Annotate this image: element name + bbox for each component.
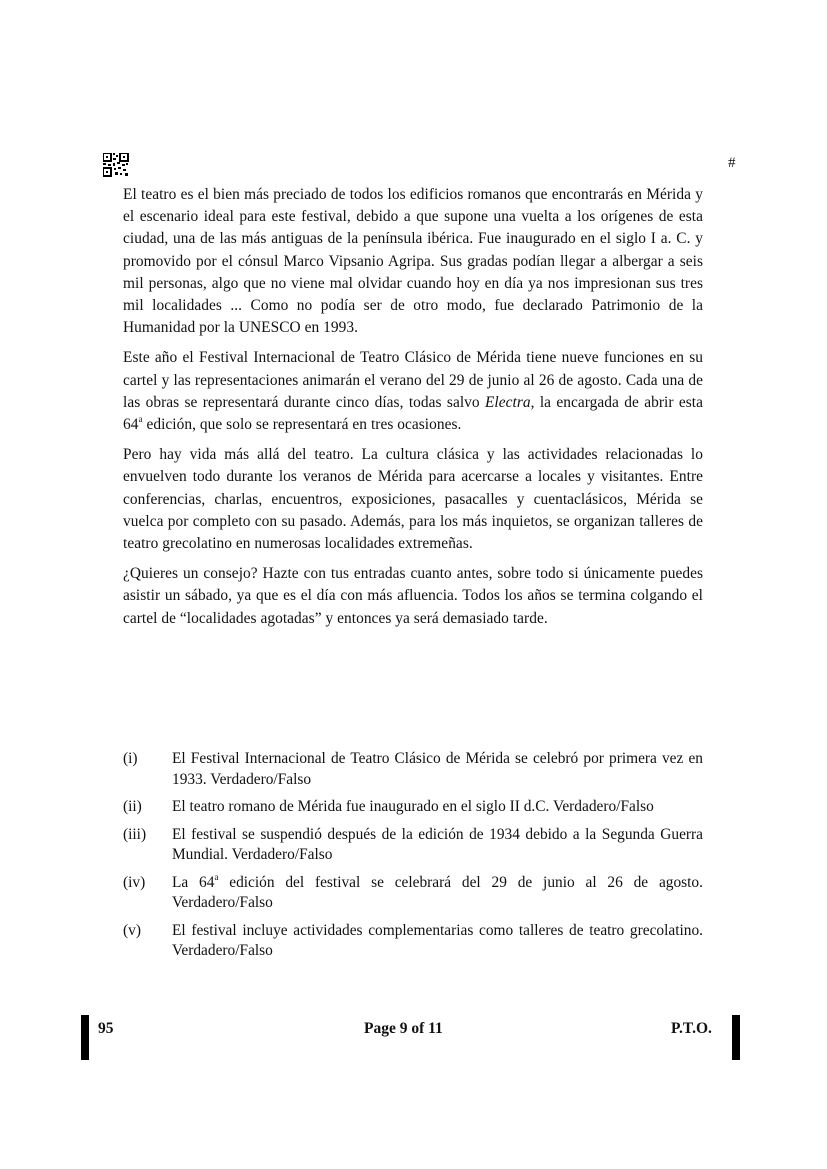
qr-code-icon	[103, 153, 129, 177]
question-text: El Festival Internacional de Teatro Clás…	[172, 749, 703, 790]
passage-paragraph-2: Este año el Festival Internacional de Te…	[123, 347, 703, 436]
question-number: (iii)	[123, 825, 172, 866]
question-number: (ii)	[123, 797, 172, 818]
question-text: La 64a edición del festival se celebrará…	[172, 873, 703, 914]
passage-paragraph-1: El teatro es el bien más preciado de tod…	[123, 184, 703, 339]
question-text: El festival incluye actividades compleme…	[172, 921, 703, 962]
passage-paragraph-4: ¿Quieres un consejo? Hazte con tus entra…	[123, 563, 703, 630]
question-item: (i) El Festival Internacional de Teatro …	[123, 749, 703, 790]
passage-paragraph-3: Pero hay vida más allá del teatro. La cu…	[123, 444, 703, 555]
question-item: (iv) La 64a edición del festival se cele…	[123, 873, 703, 914]
true-false-questions: (i) El Festival Internacional de Teatro …	[123, 749, 703, 969]
paragraph-text: edición, que solo se representará en tre…	[143, 416, 462, 433]
question-text: El teatro romano de Mérida fue inaugurad…	[172, 797, 703, 818]
reading-passage: El teatro es el bien más preciado de tod…	[123, 184, 703, 638]
play-title-electra: Electra	[485, 394, 531, 411]
question-item: (v) El festival incluye actividades comp…	[123, 921, 703, 962]
page-number: Page 9 of 11	[364, 1020, 443, 1038]
hash-mark: #	[728, 155, 736, 172]
paper-code: 95	[98, 1020, 114, 1038]
pto-label: P.T.O.	[671, 1020, 712, 1038]
question-text-part: edición del festival se celebrará del 29…	[172, 874, 703, 912]
question-text: El festival se suspendió después de la e…	[172, 825, 703, 866]
footer-bar-left	[81, 1015, 89, 1060]
question-item: (ii) El teatro romano de Mérida fue inau…	[123, 797, 703, 818]
question-item: (iii) El festival se suspendió después d…	[123, 825, 703, 866]
question-number: (i)	[123, 749, 172, 790]
question-number: (iv)	[123, 873, 172, 914]
question-number: (v)	[123, 921, 172, 962]
footer-bar-right	[732, 1015, 740, 1060]
question-text-part: La 64	[172, 874, 214, 891]
